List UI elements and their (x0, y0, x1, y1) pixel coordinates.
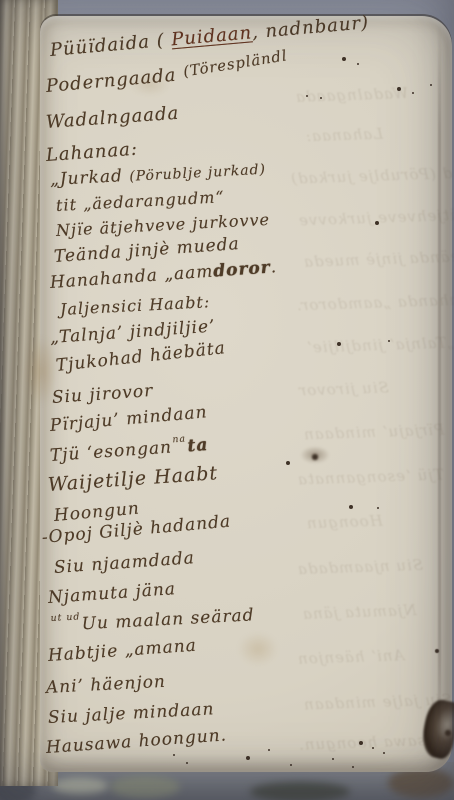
handwriting-segment: „Jurkad (49, 166, 129, 190)
manuscript-line-22: Habtjie „amana (47, 636, 197, 666)
manuscript-text-layer: Püüïdaida ( Puidaan, nadnbaur)Poderngaad… (0, 0, 454, 800)
manuscript-line-10: Jaljensici Haabt: (60, 292, 211, 319)
handwriting-segment: Wadalngaada (45, 103, 180, 133)
handwriting-segment: (Törespländl (182, 47, 289, 80)
manuscript-line-2: Poderngaada (Törespländl (45, 55, 289, 97)
handwriting-segment: doror (213, 258, 272, 282)
handwriting-segment: , nadnbaur) (251, 12, 370, 43)
handwriting-segment: ta (187, 435, 209, 456)
manuscript-line-16: Waijetilje Haabt (47, 462, 219, 496)
handwriting-segment: Poderngaada (45, 64, 184, 97)
manuscript-line-1: Püüïdaida ( Puidaan, nadnbaur) (49, 12, 370, 61)
handwriting-segment: Hausawa hoongun. (45, 725, 227, 758)
handwriting-segment: Puidaan (170, 22, 253, 50)
manuscript-line-19: Siu njaamdada (53, 548, 195, 578)
handwriting-segment: na (172, 433, 186, 445)
handwriting-segment: Ani’ häenjon (45, 672, 166, 698)
manuscript-line-24: Siu jalje mindaan (47, 699, 214, 728)
handwriting-segment: (Pörublje jurkad) (129, 162, 266, 185)
handwriting-segment: Hanahanda „aam (49, 262, 214, 293)
manuscript-line-25: Hausawa hoongun. (45, 725, 227, 758)
manuscript-line-15: Tjü ‘esongannata (49, 435, 209, 466)
manuscript-line-20: Njamuta jäna (47, 579, 176, 608)
manuscript-line-3: Wadalngaada (45, 103, 180, 133)
handwriting-segment: Püüïdaida (49, 31, 157, 61)
handwriting-segment: Pïrjaju’ mindaan (49, 402, 208, 436)
manuscript-line-6: tit „äedarangudm“ (56, 187, 226, 215)
handwriting-segment: Siu njaamdada (53, 548, 195, 578)
manuscript-line-14: Pïrjaju’ mindaan (49, 402, 208, 436)
handwriting-segment: Jaljensici Haabt: (60, 292, 211, 319)
handwriting-segment: Tjü ‘esongan (49, 437, 172, 465)
handwriting-segment: tit „äedarangudm“ (56, 187, 226, 215)
handwriting-segment: Njamuta jäna (47, 579, 176, 608)
manuscript-line-4: Lahanaa: (45, 139, 138, 166)
handwriting-segment: . (270, 257, 278, 277)
handwriting-segment: Lahanaa: (45, 139, 138, 166)
handwriting-segment: Siu jalje mindaan (47, 699, 214, 728)
handwriting-segment: Siu jirovor (51, 381, 154, 408)
handwriting-segment: Habtjie „amana (47, 636, 197, 666)
manuscript-line-13: Siu jirovor (51, 381, 154, 408)
manuscript-line-23: Ani’ häenjon (45, 672, 166, 698)
handwriting-segment: Uu maalan seärad (81, 605, 255, 634)
handwriting-segment: Waijetilje Haabt (47, 462, 219, 496)
handwriting-segment: ut ud (50, 611, 80, 624)
manuscript-photo: WadalngaadaLahanaa:„Jurkad (Pörublje jur… (0, 0, 454, 800)
manuscript-line-21: ut udUu maalan seärad (49, 605, 255, 636)
ink-specks (0, 0, 2, 2)
